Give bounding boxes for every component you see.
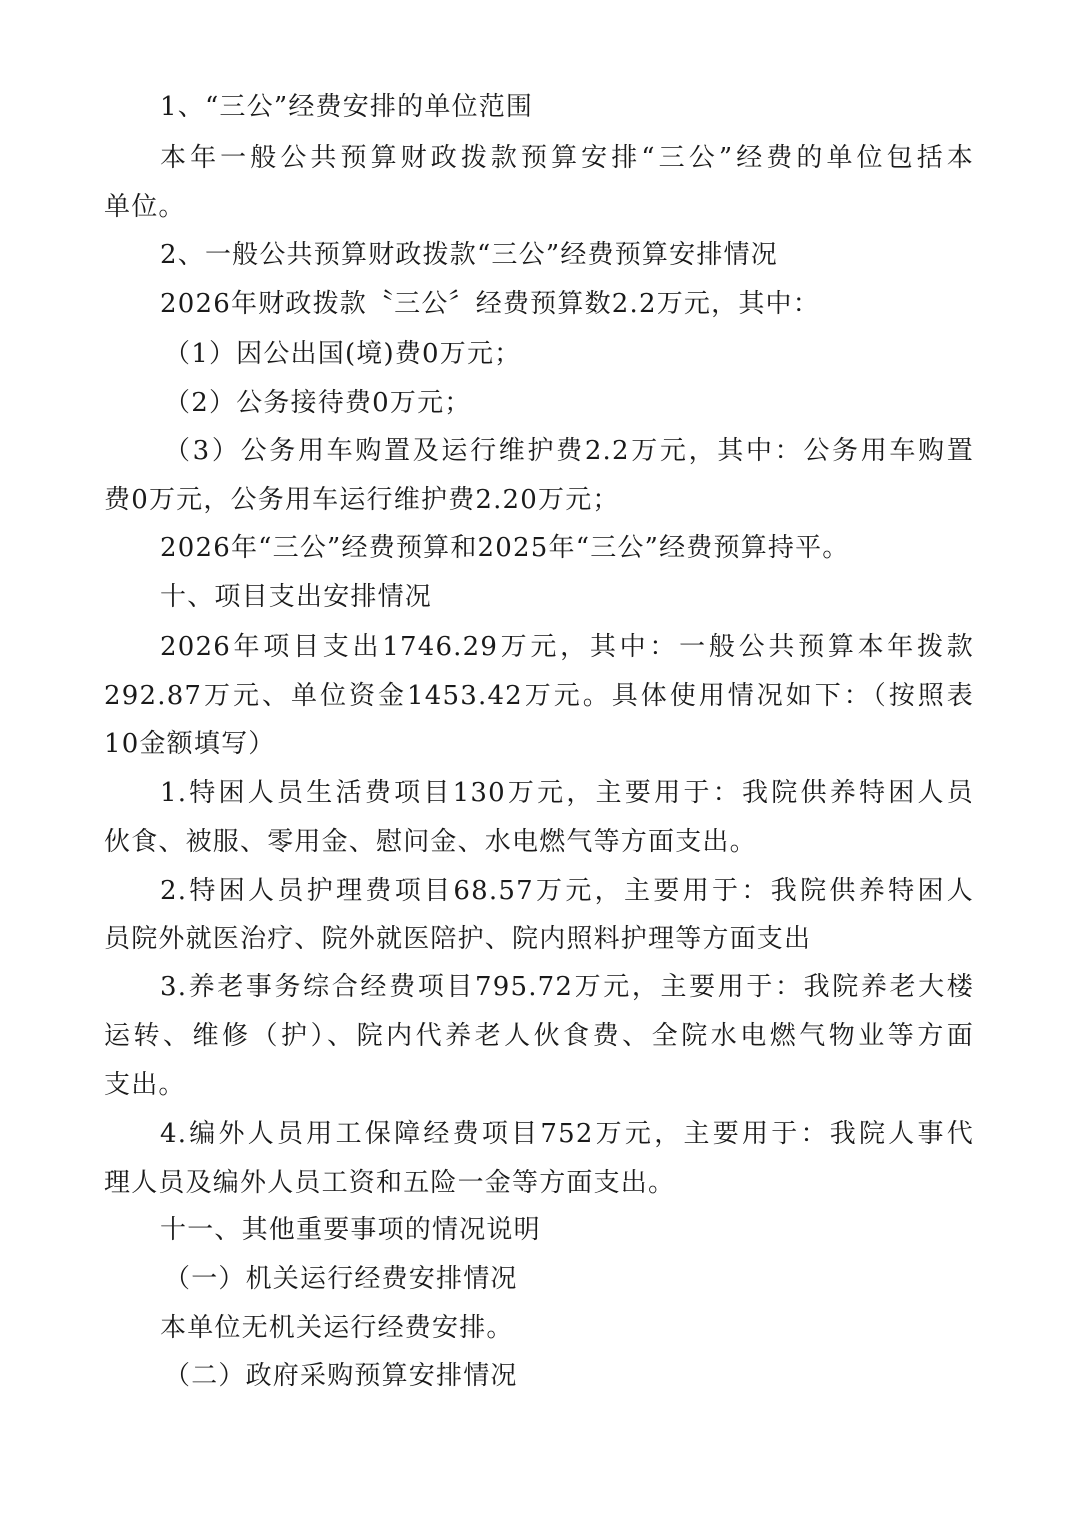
subheading-procurement: （二）政府采购预算安排情况 [164,1359,518,1393]
document-page: 1、“三公”经费安排的单位范围 本年一般公共预算财政拨款预算安排“三公”经费的单… [0,0,1074,1520]
paragraph-project-line-2: 292.87万元、单位资金1453.42万元。具体使用情况如下：（按照表 [104,679,974,713]
project-item-2-line-1: 2.特困人员护理费项目68.57万元，主要用于：我院供养特困人 [160,874,974,908]
heading-sangong-budget: 2、一般公共预算财政拨款“三公”经费预算安排情况 [160,238,778,272]
project-item-4-line-1: 4.编外人员用工保障经费项目752万元，主要用于：我院人事代 [160,1117,974,1151]
project-item-3-line-3: 支出。 [104,1068,186,1102]
paragraph-operating-funds: 本单位无机关运行经费安排。 [160,1311,514,1345]
paragraph-project-line-3: 10金额填写） [104,727,275,761]
heading-section-11: 十一、其他重要事项的情况说明 [160,1213,541,1247]
project-item-1-line-1: 1.特困人员生活费项目130万元，主要用于：我院供养特困人员 [160,776,974,810]
project-item-2-line-2: 员院外就医治疗、院外就医陪护、院内照料护理等方面支出 [104,922,811,956]
paragraph-project-line-1: 2026年项目支出1746.29万元，其中：一般公共预算本年拨款 [160,630,974,664]
project-item-3-line-1: 3.养老事务综合经费项目795.72万元，主要用于：我院养老大楼 [160,970,974,1004]
heading-section-10: 十、项目支出安排情况 [160,580,432,614]
subheading-operating-funds: （一）机关运行经费安排情况 [164,1262,518,1296]
list-item-overseas: （1）因公出国(境)费0万元； [164,337,521,371]
project-item-4-line-2: 理人员及编外人员工资和五险一金等方面支出。 [104,1166,675,1200]
project-item-1-line-2: 伙食、被服、零用金、慰问金、水电燃气等方面支出。 [104,825,757,859]
project-item-3-line-2: 运转、维修（护）、院内代养老人伙食费、全院水电燃气物业等方面 [104,1019,974,1053]
paragraph-scope-line-1: 本年一般公共预算财政拨款预算安排“三公”经费的单位包括本 [160,141,974,175]
list-item-reception: （2）公务接待费0万元； [164,386,471,420]
list-item-vehicle-line-2: 费0万元，公务用车运行维护费2.20万元； [104,483,620,517]
paragraph-scope-line-2: 单位。 [104,190,186,224]
paragraph-sangong-total: 2026年财政拨款〝三公〞经费预算数2.2万元，其中： [160,287,820,321]
list-item-vehicle-line-1: （3）公务用车购置及运行维护费2.2万元，其中：公务用车购置 [164,434,974,468]
heading-sangong-scope: 1、“三公”经费安排的单位范围 [160,90,533,124]
paragraph-sangong-compare: 2026年“三公”经费预算和2025年“三公”经费预算持平。 [160,531,850,565]
